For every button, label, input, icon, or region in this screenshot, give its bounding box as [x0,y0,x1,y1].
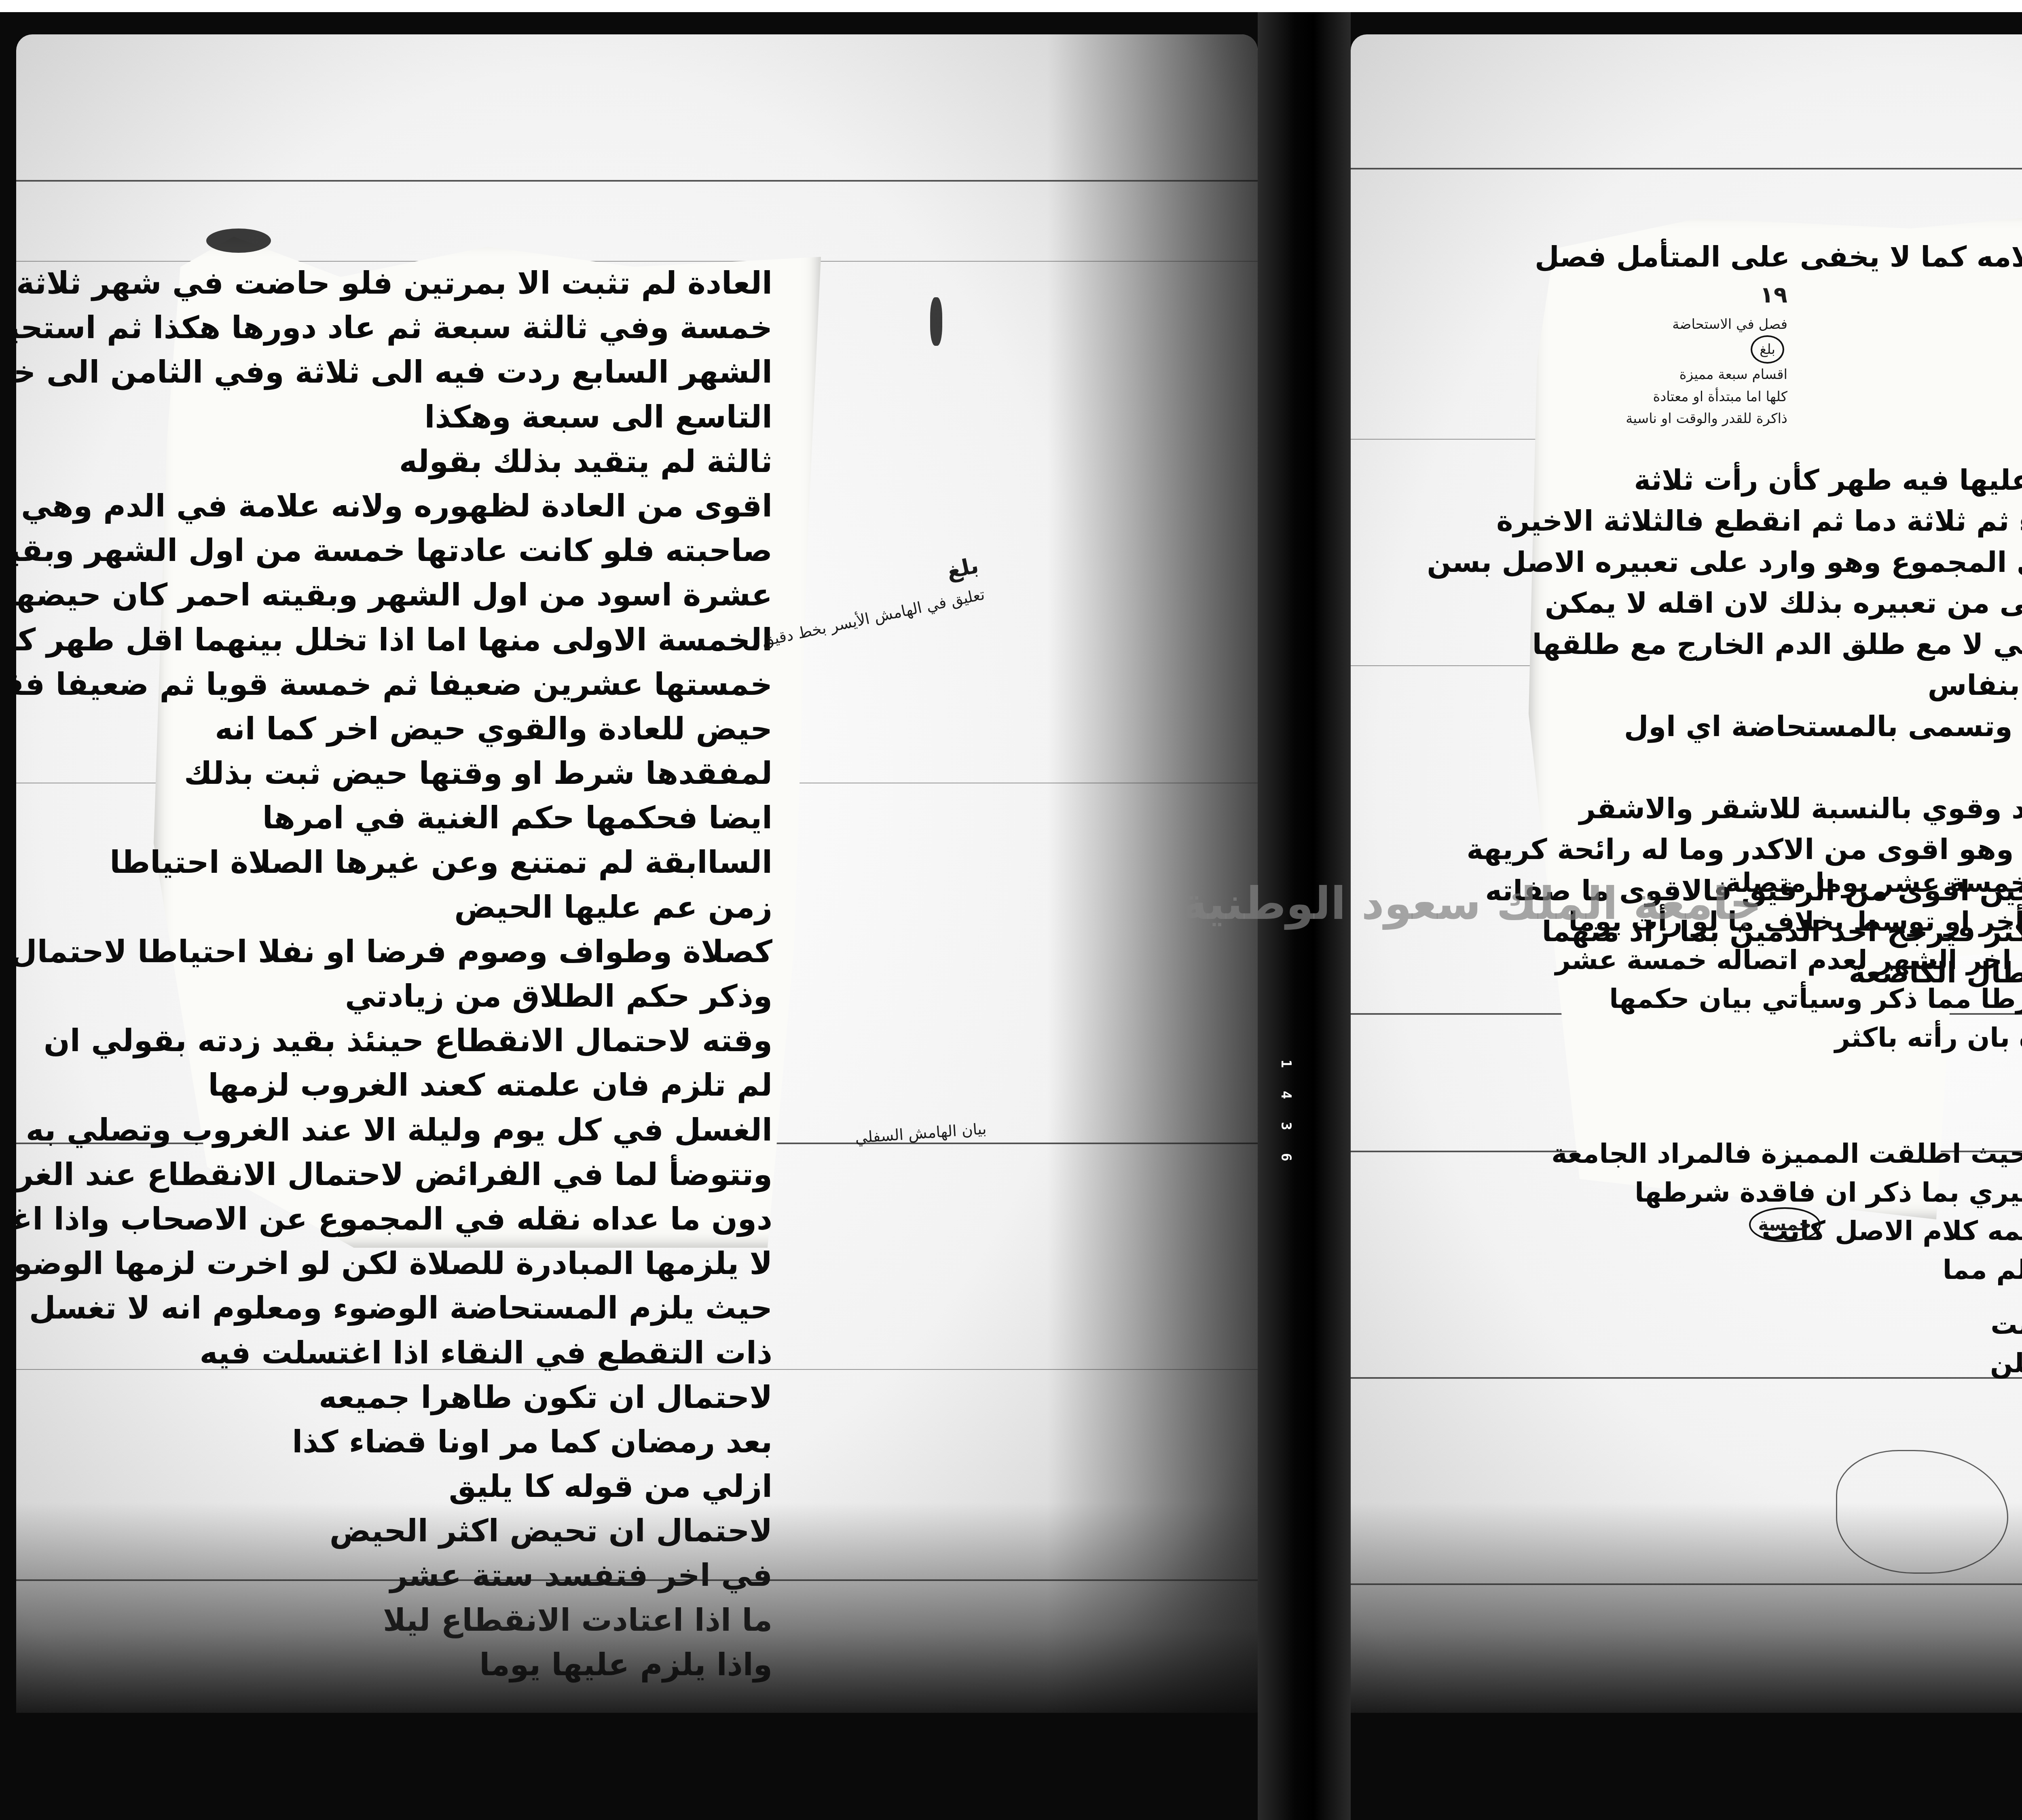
text-line: الساابقة لم تمتنع وعن غيرها الصلاة احتيا… [186,840,772,885]
margin-note-text: ذاكرة للقدر والوقت او ناسية [1561,408,1787,430]
text-line: لمفقدها شرط او وقتها حيض ثبت بذلك [186,751,772,796]
text-line: وذكر حكم الطلاق من زيادتي [186,974,772,1018]
text-line: حيض للعادة والقوي حيض اخر كما انه [186,707,772,751]
text-line: دون ما عداه نقله في المجموع عن الاصحاب و… [186,1197,772,1241]
margin-note-text: فصل في الاستحاضة [1561,313,1787,335]
text-line: لشروط زدته بقولي [1779,1096,2022,1134]
text-line: دم فساد لا حيض ذكره في المجموع وهو وارد … [1779,542,2022,583]
text-line: مبتدأة بان رأته بصفة مميزة بان رأته باكث… [1779,1018,2022,1057]
text-line: التاسع الى سبعة وهكذا [186,395,772,439]
text-line: صاحبته فلو كانت عادتها خمسة من اول الشهر… [186,528,772,573]
text-line: ما ابتداها الدم كالاسود [1779,747,2022,788]
text-line: ايام دما ثم اثني عشر نقاء ثم ثلاثة دما ث… [1779,501,2022,542]
text-line: فاكثر تقدم القوي عليه او تأخر او توسط بخ… [1779,902,2022,941]
margin-note-text: اقسام سبعة مميزة [1561,364,1787,385]
heading-line: ذكر سلافه ما اورد على كلامه كما لا يخفى … [1791,237,2022,278]
text-line: ايضا فحكمها حكم الغنية في امرها [186,796,772,840]
library-watermark: جامعة الملك سعود الوطنية [1181,878,1762,929]
film-scratch-line [1351,168,2022,169]
text-line: لا يلزمها المبادرة للصلاة لكن لو اخرت لز… [186,1241,772,1286]
text-line: ان يعبر الاكثر وخرج بزيادتي لا مع طلق ال… [1779,624,2022,665]
text-line: اكرة لها وغير مميزة كما يعلم مما [1779,1251,2022,1289]
text-line: وقته لاحتمال الانقطاع حينئذ بقيد زدته بق… [186,1018,772,1063]
text-line: لاحتمال ان تكون طاهرا جميعه [186,1375,772,1420]
heading-line: ذات وطها اصفر واكدر [1791,278,2022,319]
text-line: الشهر السابع ردت فيه الى ثلاثة وفي الثام… [186,350,772,394]
text-line: بقيد زدته بقولي بان يكون خمسة عشر يوما م… [1779,863,2022,902]
text-line: لكن من الشروط [1779,1057,2022,1096]
margin-note-text: كلها اما مبتدأة او معتادة [1561,386,1787,408]
balagh-circle-mark: بلغ [1751,335,1784,364]
left-main-text: العادة لم تثبت الا بمرتين فلو حاضت في شه… [186,261,772,1687]
right-page: ذكر سلافه ما اورد على كلامه كما لا يخفى … [1351,34,2022,1713]
page-bottom-shadow [16,1503,1258,1713]
text-line: عادتها وشيء انقطاعها [1779,1383,2022,1422]
text-line: حيث يلزم المستحاضة الوضوء ومعلوم انه لا … [186,1286,772,1330]
foliation-number-left: 1 4 3 6 [1278,1060,1294,1168]
text-line: خمسة وفي ثالثة سبعة ثم عاد دورها هكذا ثم… [186,305,772,350]
text-line: من غير دفعها اكثر الحيض وتسمى بالمستحاضة… [1779,706,2022,747]
right-heading-text: ذكر سلافه ما اورد على كلامه كما لا يخفى … [1791,237,2022,401]
margin-note-circled: بلغ [1561,335,1787,364]
text-line: عشرة اسود من اول الشهر وبقيته احمر كان ح… [186,573,772,617]
text-line: خمستها عشرين ضعيفا ثم خمسة قويا ثم ضعيفا… [186,662,772,707]
right-lower-text: بقيد زدته بقولي بان يكون خمسة عشر يوما م… [1779,863,2022,1460]
khamsa-circle-mark: خمسة [1749,1207,1821,1242]
text-line: وحرم من الحيض بالوثيق عليها فيه طهر كأن … [1779,460,2022,501]
text-line: ازلي من قوله كا يليق [186,1464,772,1509]
text-line: وتتوضأ لما في الفرائض لاحتمال الانقطاع ع… [186,1152,772,1197]
right-margin-notes-upper: ١٩ فصل في الاستحاضة بلغ اقسام سبعة مميزة… [1561,277,1787,430]
text-line: الغسل في كل يوم وليلة الا عند الغروب وتص… [186,1108,772,1152]
text-line: للشروط السابقة وافادة تعبيري بما ذكر ان … [1779,1173,2022,1212]
film-top-strip [0,0,2022,12]
text-line: زمن عم عليها الحيض [186,885,772,929]
text-line: اقوى من العادة لظهوره ولانه علامة في الد… [186,484,772,528]
page-bottom-shadow [1351,1503,2022,1713]
text-line: كصلاة وطواف وصوم فرضا او نفلا احتياطا لا… [186,929,772,974]
text-line: حاضت في شهر ثم استحيضت [1779,1306,2022,1344]
text-line: ثالثة لم يتقيد بذلك بقوله [186,439,772,484]
text-line: فليس بحيض كما انه ليس بنفاس [1779,665,2022,706]
ink-stain [206,229,271,253]
right-margin-notes-lower: خمسة [1561,1207,1824,1242]
text-line: كرت وهي بزيادتي ان لم تعلن [1779,1344,2022,1383]
margin-note-number: ١٩ [1561,277,1787,313]
text-line: الحيض وتعبيري بقدره اولى من تعبيره بذلك … [1779,583,2022,624]
text-line: العادة لم تثبت الا بمرتين فلو حاضت في شه… [186,261,772,305]
text-line: لم تلزم فان علمته كعند الغروب لزمها [186,1063,772,1107]
heading-line: اي كاوز [1791,360,2022,401]
text-line: بعد رمضان كما مر اونا قضاء كذا [186,1420,772,1464]
text-line: مبتدأة كانت او معتادة [1779,419,2022,460]
text-line: ولا مميزة وسيأتي حكمها وحيث اطلقت المميز… [1779,1134,2022,1173]
page-curl-shadow [1047,34,1258,1713]
text-line: ذات التقطع في النقاء اذا اغتسلت فيه [186,1331,772,1375]
text-line: اسود ويوما احمر وهكذا الى اخر الشهر لعدم… [1779,941,2022,980]
text-line: الخمسة الاولى منها اما اذا تخلل بينهما ا… [186,618,772,662]
heading-line: يوما وليلة فاكثر [1791,319,2022,360]
text-line: من الضعيف فهي فاقدة شرطا مما ذكر وسيأتي … [1779,980,2022,1018]
ink-stain [930,297,942,346]
left-page: العادة لم تثبت الا بمرتين فلو حاضت في شه… [16,34,1258,1713]
text-line: فهو ضعيف بالنسبة للاسود وقوي بالنسبة للا… [1779,788,2022,830]
